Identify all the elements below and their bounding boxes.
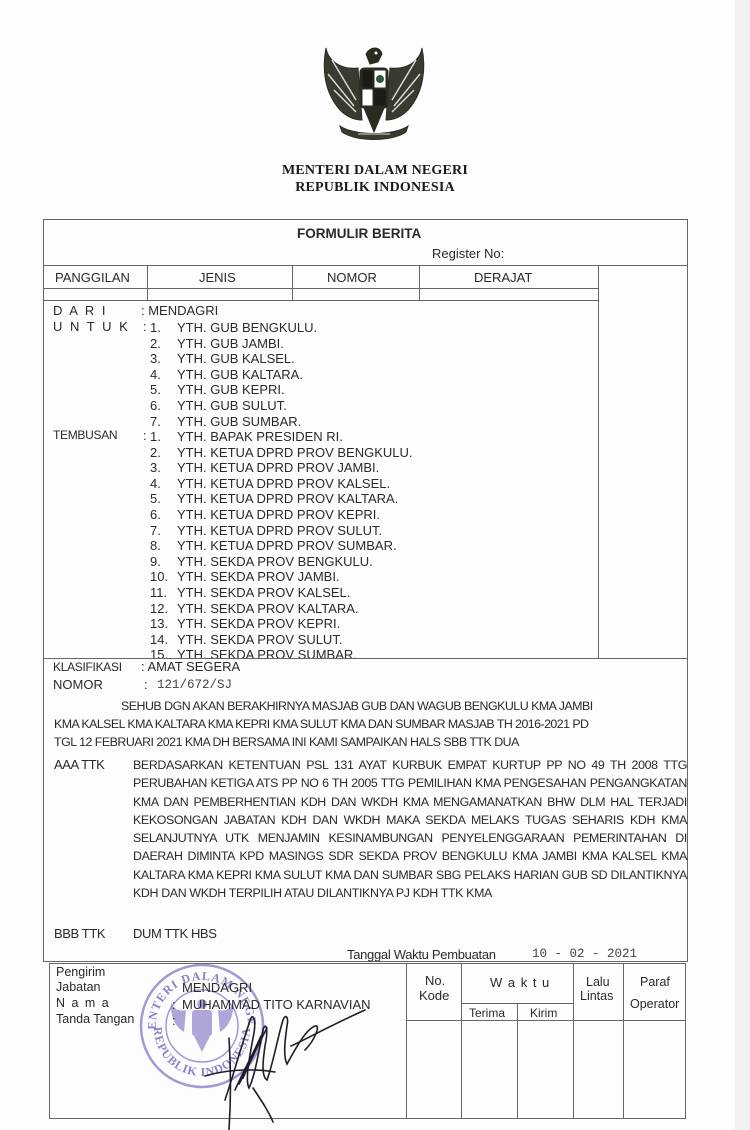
divider: [573, 963, 574, 1119]
list-item: 5.YTH. GUB KEPRI.: [150, 382, 317, 398]
list-item: 11.YTH. SEKDA PROV KALSEL.: [150, 585, 413, 601]
list-item-number: 6.: [150, 507, 177, 523]
aaa-text: BERDASARKAN KETENTUAN PSL 131 AYAT KURBU…: [133, 756, 687, 902]
list-item-number: 3.: [150, 460, 177, 476]
list-item-number: 4.: [150, 367, 177, 383]
list-item: 6.YTH. KETUA DPRD PROV KEPRI.: [150, 507, 413, 523]
list-item-number: 3.: [150, 351, 177, 367]
paraf-label-2: Operator: [630, 997, 679, 1011]
divider: [292, 265, 293, 300]
list-item-number: 6.: [150, 398, 177, 414]
list-item: 6.YTH. GUB SULUT.: [150, 398, 317, 414]
list-item-number: 9.: [150, 554, 177, 570]
divider: [406, 963, 407, 1119]
list-item-number: 4.: [150, 476, 177, 492]
untuk-colon: :: [143, 319, 147, 334]
list-item: 7.YTH. GUB SUMBAR.: [150, 414, 317, 430]
tembusan-label: TEMBUSAN: [53, 428, 117, 442]
ttd-label: Tanda Tangan: [56, 1012, 134, 1026]
nomor-label: NOMOR: [53, 677, 103, 692]
list-item-number: 14.: [150, 632, 177, 648]
lalu-lintas-label-2: Lintas: [580, 989, 613, 1003]
signature-icon: [165, 980, 375, 1130]
intro-line-2: KMA KALSEL KMA KALTARA KMA KEPRI KMA SUL…: [54, 717, 588, 731]
list-item: 10.YTH. SEKDA PROV JAMBI.: [150, 569, 413, 585]
paraf-label-1: Paraf: [640, 975, 670, 989]
list-item-text: YTH. SEKDA PROV JAMBI.: [177, 569, 340, 585]
bbb-text: DUM TTK HBS: [133, 926, 216, 941]
list-item-text: YTH. KETUA DPRD PROV KALSEL.: [177, 476, 390, 492]
divider: [623, 963, 624, 1119]
ministry-name: MENTERI DALAM NEGERI: [0, 163, 750, 179]
form-title: FORMULIR BERITA: [297, 226, 421, 241]
list-item: 3.YTH. KETUA DPRD PROV JAMBI.: [150, 460, 413, 476]
col-jenis: JENIS: [199, 270, 236, 285]
list-item-text: YTH. GUB SUMBAR.: [177, 414, 301, 430]
list-item-text: YTH. GUB KALTARA.: [177, 367, 303, 383]
tembusan-list: 1.YTH. BAPAK PRESIDEN RI.2.YTH. KETUA DP…: [150, 429, 413, 663]
col-nomor: NOMOR: [327, 270, 377, 285]
list-item-text: YTH. KETUA DPRD PROV KALTARA.: [177, 491, 398, 507]
list-item: 7.YTH. KETUA DPRD PROV SULUT.: [150, 523, 413, 539]
list-item: 14.YTH. SEKDA PROV SULUT.: [150, 632, 413, 648]
waktu-label: W a k t u: [490, 975, 550, 990]
list-item-text: YTH. GUB KEPRI.: [177, 382, 285, 398]
nama-label: N a m a: [56, 996, 110, 1010]
col-panggilan: PANGGILAN: [55, 270, 130, 285]
list-item: 9.YTH. SEKDA PROV BENGKULU.: [150, 554, 413, 570]
ministry-country: REPUBLIK INDONESIA: [0, 180, 750, 196]
list-item: 12.YTH. SEKDA PROV KALTARA.: [150, 601, 413, 617]
list-item-number: 8.: [150, 538, 177, 554]
divider: [419, 265, 420, 300]
dari-value: : MENDAGRI: [141, 303, 218, 318]
list-item-text: YTH. KETUA DPRD PROV BENGKULU.: [177, 445, 413, 461]
klasifikasi-value: : AMAT SEGERA: [141, 659, 240, 674]
list-item-text: YTH. KETUA DPRD PROV JAMBI.: [177, 460, 379, 476]
list-item-number: 2.: [150, 445, 177, 461]
terima-label: Terima: [469, 1006, 505, 1020]
no-kode-label-2: Kode: [419, 988, 449, 1003]
list-item: 13.YTH. SEKDA PROV KEPRI.: [150, 616, 413, 632]
list-item: 1.YTH. GUB BENGKULU.: [150, 320, 317, 336]
divider: [43, 300, 598, 301]
list-item: 2.YTH. KETUA DPRD PROV BENGKULU.: [150, 445, 413, 461]
bbb-label: BBB TTK: [54, 926, 105, 941]
intro-line-3: TGL 12 FEBRUARI 2021 KMA DH BERSAMA INI …: [54, 735, 519, 749]
tanggal-value: 10 - 02 - 2021: [532, 947, 637, 961]
list-item-number: 1.: [150, 429, 177, 445]
list-item-number: 2.: [150, 336, 177, 352]
divider: [406, 1020, 686, 1021]
list-item-text: YTH. GUB BENGKULU.: [177, 320, 317, 336]
list-item-number: 1.: [150, 320, 177, 336]
list-item-text: YTH. KETUA DPRD PROV SUMBAR.: [177, 538, 397, 554]
lalu-lintas-label-1: Lalu: [586, 975, 610, 989]
divider: [43, 658, 688, 659]
list-item: 5.YTH. KETUA DPRD PROV KALTARA.: [150, 491, 413, 507]
no-kode-label-1: No.: [425, 973, 445, 988]
dari-label: D A R I: [53, 303, 107, 318]
list-item-number: 12.: [150, 601, 177, 617]
kirim-label: Kirim: [530, 1006, 557, 1020]
untuk-label: U N T U K: [53, 319, 130, 334]
garuda-emblem-icon: [318, 40, 430, 150]
list-item-text: YTH. SEKDA PROV KALTARA.: [177, 601, 359, 617]
list-item-text: YTH. BAPAK PRESIDEN RI.: [177, 429, 343, 445]
list-item-number: 10.: [150, 569, 177, 585]
list-item-text: YTH. SEKDA PROV KALSEL.: [177, 585, 350, 601]
list-item: 8.YTH. KETUA DPRD PROV SUMBAR.: [150, 538, 413, 554]
list-item-number: 5.: [150, 382, 177, 398]
list-item-text: YTH. SEKDA PROV KEPRI.: [177, 616, 340, 632]
list-item-text: YTH. GUB KALSEL.: [177, 351, 295, 367]
list-item-number: 7.: [150, 414, 177, 430]
list-item: 4.YTH. GUB KALTARA.: [150, 367, 317, 383]
jabatan-label: Jabatan: [56, 980, 100, 994]
list-item: 3.YTH. GUB KALSEL.: [150, 351, 317, 367]
list-item: 4.YTH. KETUA DPRD PROV KALSEL.: [150, 476, 413, 492]
list-item-text: YTH. KETUA DPRD PROV SULUT.: [177, 523, 382, 539]
tanggal-label: Tanggal Waktu Pembuatan: [347, 947, 496, 962]
klasifikasi-label: KLASIFIKASI: [53, 660, 122, 674]
list-item-text: YTH. SEKDA PROV BENGKULU.: [177, 554, 373, 570]
col-derajat: DERAJAT: [474, 270, 532, 285]
nomor-value: 121/672/SJ: [157, 678, 232, 692]
register-label: Register No:: [432, 246, 504, 261]
aaa-label: AAA TTK: [54, 757, 104, 772]
list-item: 2.YTH. GUB JAMBI.: [150, 336, 317, 352]
divider: [43, 265, 688, 266]
list-item-text: YTH. GUB SULUT.: [177, 398, 287, 414]
untuk-list: 1.YTH. GUB BENGKULU.2.YTH. GUB JAMBI.3.Y…: [150, 320, 317, 429]
list-item-number: 11.: [150, 585, 177, 601]
divider: [598, 265, 599, 658]
list-item-number: 13.: [150, 616, 177, 632]
pengirim-label: Pengirim: [56, 965, 105, 979]
list-item-number: 7.: [150, 523, 177, 539]
divider: [461, 963, 462, 1119]
tembusan-colon: :: [143, 428, 147, 443]
divider: [147, 265, 148, 300]
divider: [461, 1003, 573, 1004]
list-item-text: YTH. GUB JAMBI.: [177, 336, 284, 352]
list-item-text: YTH. KETUA DPRD PROV KEPRI.: [177, 507, 380, 523]
list-item-number: 5.: [150, 491, 177, 507]
list-item-text: YTH. SEKDA PROV SULUT.: [177, 632, 342, 648]
divider: [43, 288, 598, 289]
intro-line-1: SEHUB DGN AKAN BERAKHIRNYA MASJAB GUB DA…: [121, 699, 593, 713]
nomor-colon: :: [144, 677, 148, 692]
list-item: 1.YTH. BAPAK PRESIDEN RI.: [150, 429, 413, 445]
